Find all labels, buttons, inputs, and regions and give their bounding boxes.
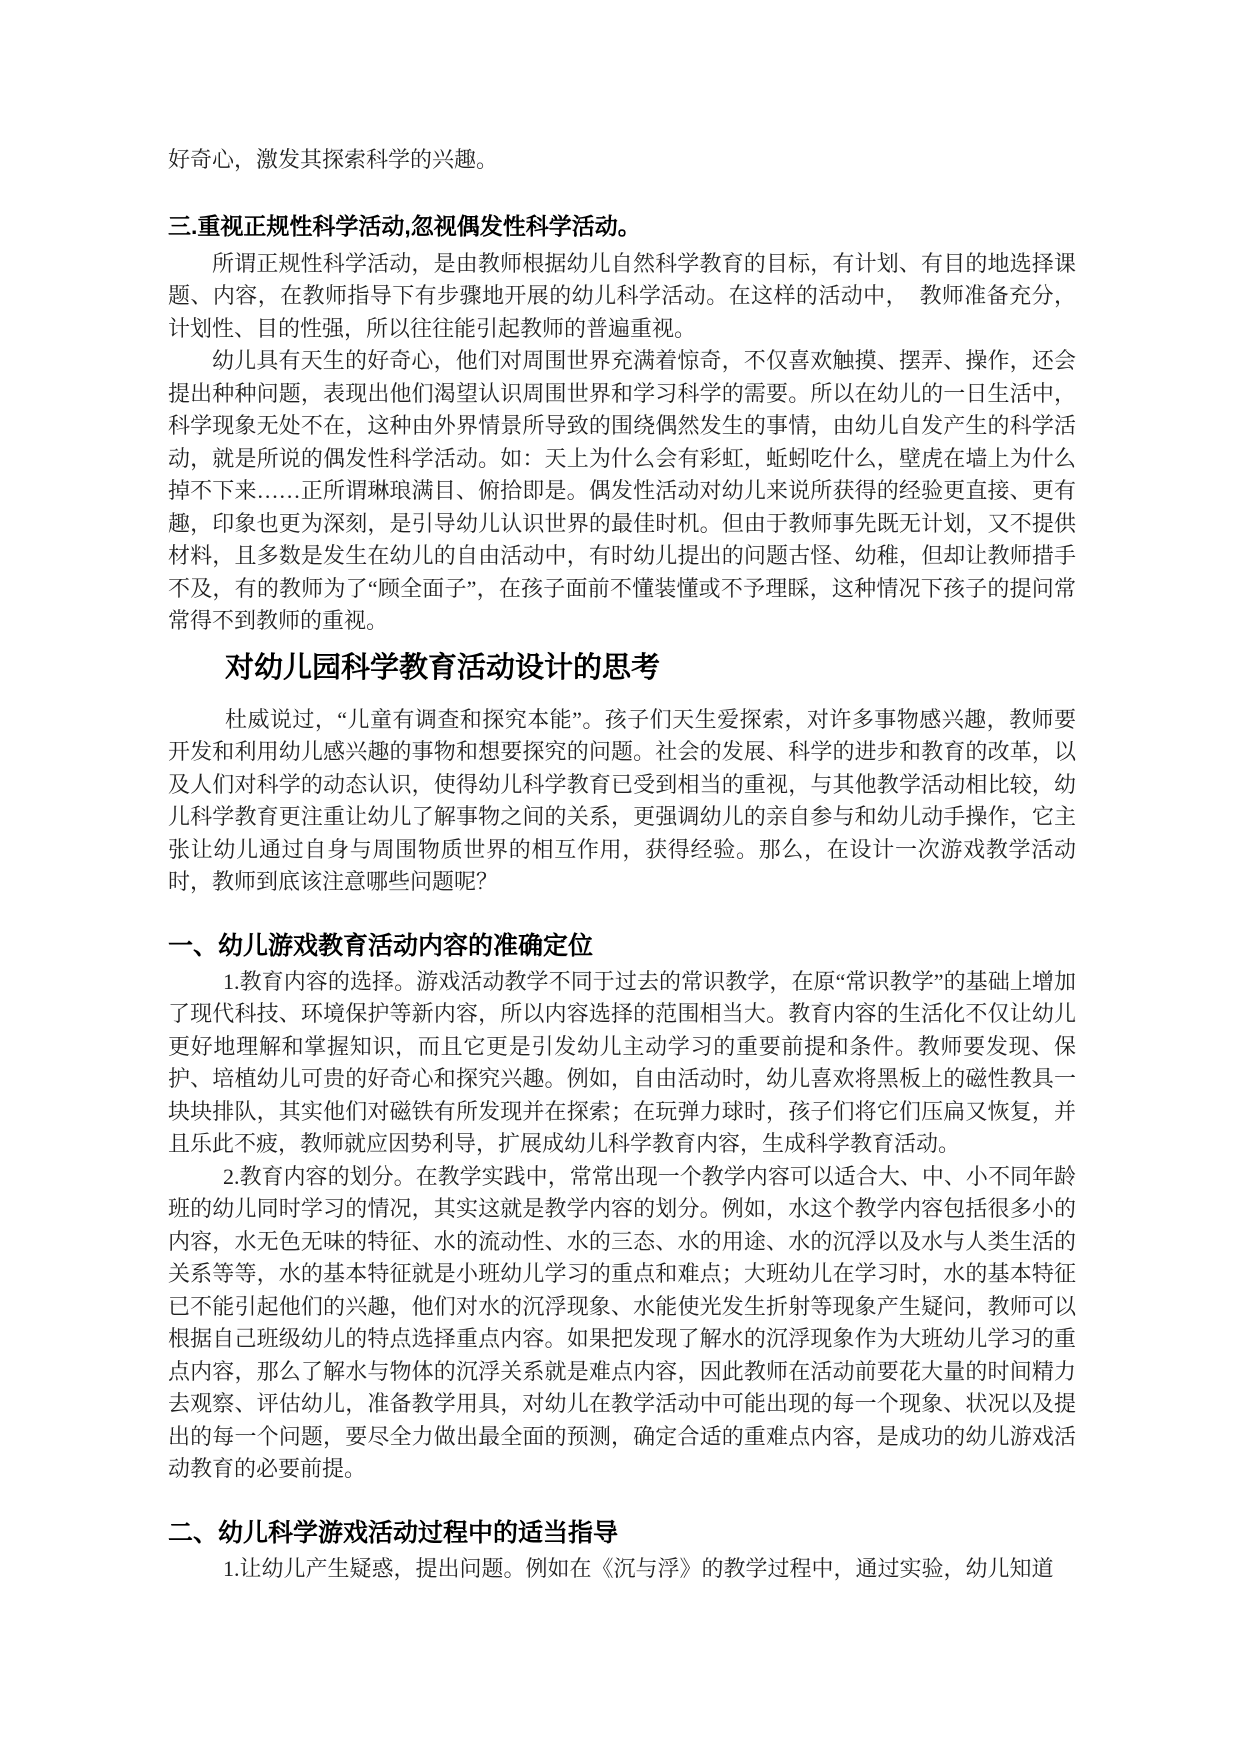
trailing-paragraph: 好奇心，激发其探索科学的兴趣。	[168, 144, 1076, 177]
numbered-paragraph: 2.教育内容的划分。在教学实践中，常常出现一个教学内容可以适合大、中、小不同年龄…	[168, 1161, 1076, 1486]
numbered-paragraph: 1.让幼儿产生疑惑，提出问题。例如在《沉与浮》的教学过程中，通过实验，幼儿知道	[168, 1553, 1076, 1586]
section-heading-three: 三.重视正规性科学活动,忽视偶发性科学活动。	[168, 210, 1076, 243]
body-paragraph: 所谓正规性科学活动，是由教师根据幼儿自然科学教育的目标，有计划、有目的地选择课题…	[168, 248, 1076, 346]
document-page: 好奇心，激发其探索科学的兴趣。 三.重视正规性科学活动,忽视偶发性科学活动。 所…	[0, 0, 1241, 1754]
numbered-paragraph: 1.教育内容的选择。游戏活动教学不同于过去的常识教学，在原“常识教学”的基础上增…	[168, 966, 1076, 1161]
section-heading-one: 一、幼儿游戏教育活动内容的准确定位	[168, 929, 1076, 963]
section-heading-two: 二、幼儿科学游戏活动过程中的适当指导	[168, 1516, 1076, 1550]
article-title: 对幼儿园科学教育活动设计的思考	[168, 648, 1076, 688]
body-paragraph: 幼儿具有天生的好奇心，他们对周围世界充满着惊奇，不仅喜欢触摸、摆弄、操作，还会提…	[168, 345, 1076, 638]
body-paragraph: 杜威说过，“儿童有调查和探究本能”。孩子们天生爱探索，对许多事物感兴趣，教师要开…	[168, 704, 1076, 899]
